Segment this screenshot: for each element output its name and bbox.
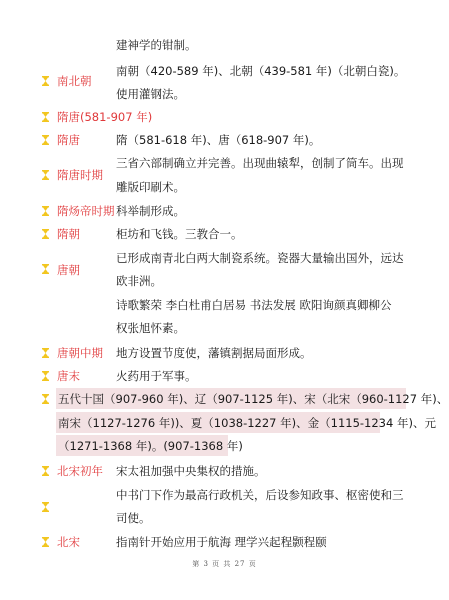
row-text: 指南针开始应用于航海 理学兴起程颢程颐 bbox=[116, 534, 327, 550]
hourglass-icon bbox=[42, 229, 49, 239]
hourglass-icon bbox=[42, 264, 49, 274]
row-text: 已形成南青北白两大制瓷系统。瓷器大量输出国外，远达 bbox=[116, 250, 404, 266]
row-text: 中书门下作为最高行政机关，后设参知政事、枢密使和三 bbox=[116, 487, 404, 503]
period-label: 北宋 bbox=[57, 534, 80, 550]
row-text: 权张旭怀素。 bbox=[116, 320, 185, 336]
period-label: 隋炀帝时期 bbox=[57, 203, 115, 219]
row-text: 建神学的钳制。 bbox=[116, 37, 197, 53]
period-label: 唐朝 bbox=[57, 262, 80, 278]
dynasty-summary-line: （1271-1368 年)。(907-1368 年) bbox=[58, 438, 243, 454]
hourglass-icon bbox=[42, 112, 49, 122]
hourglass-icon bbox=[42, 394, 49, 404]
hourglass-icon bbox=[42, 371, 49, 381]
hourglass-icon bbox=[42, 206, 49, 216]
row-text: 火药用于军事。 bbox=[116, 368, 197, 384]
period-label: 隋唐(581-907 年) bbox=[57, 109, 152, 125]
row-text: 宋太祖加强中央集权的措施。 bbox=[116, 463, 266, 479]
row-text: 南朝（420-589 年)、北朝（439-581 年)（北朝白瓷)。 bbox=[116, 63, 405, 79]
hourglass-icon bbox=[42, 502, 49, 512]
page-number: 第 3 页 共 27 页 bbox=[0, 559, 449, 569]
row-text: 科举制形成。 bbox=[116, 203, 185, 219]
document-page: 建神学的钳制。 南朝（420-589 年)、北朝（439-581 年)（北朝白瓷… bbox=[0, 0, 449, 600]
row-text: 使用灌钢法。 bbox=[116, 86, 185, 102]
row-text: 诗歌繁荣 李白杜甫白居易 书法发展 欧阳询颜真卿柳公 bbox=[116, 297, 391, 313]
period-label: 唐末 bbox=[57, 368, 80, 384]
row-text: 欧非洲。 bbox=[116, 273, 162, 289]
period-label: 隋朝 bbox=[57, 226, 80, 242]
period-label: 唐朝中期 bbox=[57, 345, 103, 361]
row-text: 柜坊和飞钱。三教合一。 bbox=[116, 226, 243, 242]
period-label: 南北朝 bbox=[57, 73, 92, 89]
row-text: 司使。 bbox=[116, 510, 151, 526]
row-text: 隋（581-618 年)、唐（618-907 年)。 bbox=[116, 132, 320, 148]
period-label: 隋唐 bbox=[57, 132, 80, 148]
period-label: 隋唐时期 bbox=[57, 167, 103, 183]
hourglass-icon bbox=[42, 537, 49, 547]
dynasty-summary-line: 南宋（1127-1276 年))、夏（1038-1227 年)、金（1115-1… bbox=[58, 415, 436, 431]
hourglass-icon bbox=[42, 135, 49, 145]
row-text: 三省六部制确立并完善。出现曲辕犁，创制了筒车。出现 bbox=[116, 155, 404, 171]
hourglass-icon bbox=[42, 170, 49, 180]
hourglass-icon bbox=[42, 76, 49, 86]
hourglass-icon bbox=[42, 348, 49, 358]
hourglass-icon bbox=[42, 466, 49, 476]
row-text: 地方设置节度使，藩镇割据局面形成。 bbox=[116, 345, 312, 361]
row-text: 雕版印刷术。 bbox=[116, 179, 185, 195]
dynasty-summary-line: 五代十国（907-960 年)、辽（907-1125 年)、宋（北宋（960-1… bbox=[58, 391, 448, 407]
period-label: 北宋初年 bbox=[57, 463, 103, 479]
